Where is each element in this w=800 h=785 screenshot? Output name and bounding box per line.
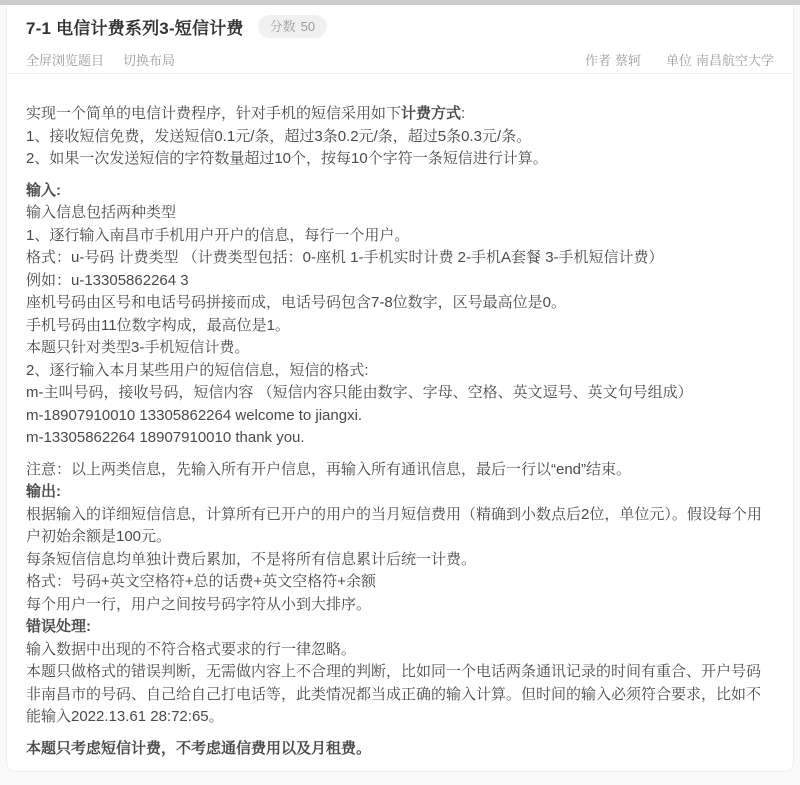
text-segment: 注意：以上两类信息，先输入所有开户信息，再输入所有通讯信息，最后一行以“end”…	[26, 461, 631, 478]
problem-card: 7-1 电信计费系列3-短信计费 分数50 全屏浏览题目 切换布局 作者蔡轲 单…	[6, 5, 794, 772]
text-line: 手机号码由11位数字构成，最高位是1。	[26, 315, 774, 338]
text-line: 格式：号码+英文空格符+总的话费+英文空格符+余额	[26, 571, 774, 594]
text-line: 输入:	[26, 180, 774, 203]
author-meta: 作者蔡轲	[585, 50, 641, 69]
text-segment: 输入信息包括两种类型	[26, 204, 176, 221]
text-line: 格式：u-号码 计费类型 （计费类型包括：0-座机 1-手机实时计费 2-手机A…	[26, 247, 774, 270]
text-line: 错误处理:	[26, 616, 774, 639]
text-line: 1、接收短信免费，发送短信0.1元/条，超过3条0.2元/条，超过5条0.3元/…	[26, 126, 774, 149]
problem-title: 7-1 电信计费系列3-短信计费	[26, 14, 244, 39]
text-segment: 手机号码由11位数字构成，最高位是1。	[26, 317, 290, 334]
text-line: 根据输入的详细短信信息，计算所有已开户的用户的当月短信费用（精确到小数点后2位，…	[26, 504, 774, 549]
problem-header: 7-1 电信计费系列3-短信计费 分数50 全屏浏览题目 切换布局 作者蔡轲 单…	[7, 5, 793, 73]
text-segment: 实现一个简单的电信计费程序，针对手机的短信采用如下	[26, 105, 401, 122]
text-line: 输出:	[26, 481, 774, 504]
bold-text-segment: 计费方式	[401, 105, 461, 122]
text-segment: 1、接收短信免费，发送短信0.1元/条，超过3条0.2元/条，超过5条0.3元/…	[26, 128, 531, 145]
text-line: 每个用户一行，用户之间按号码字符从小到大排序。	[26, 594, 774, 617]
title-row: 7-1 电信计费系列3-短信计费 分数50	[26, 13, 774, 39]
text-segment: 输入数据中出现的不符合格式要求的行一律忽略。	[26, 641, 356, 658]
text-line: m-主叫号码，接收号码，短信内容 （短信内容只能由数字、字母、空格、英文逗号、英…	[26, 382, 774, 405]
text-line: m-13305862264 18907910010 thank you.	[26, 427, 774, 450]
toolbar-left: 全屏浏览题目 切换布局	[26, 50, 175, 69]
text-segment: 每条短信信息均单独计费后累加，不是将所有信息累计后统一计费。	[26, 551, 476, 568]
paragraph: 本题只考虑短信计费，不考虑通信费用以及月租费。	[26, 738, 774, 761]
text-line: 注意：以上两类信息，先输入所有开户信息，再输入所有通讯信息，最后一行以“end”…	[26, 459, 774, 482]
text-segment: m-主叫号码，接收号码，短信内容 （短信内容只能由数字、字母、空格、英文逗号、英…	[26, 384, 693, 401]
author-name: 蔡轲	[615, 53, 641, 68]
text-line: 2、逐行输入本月某些用户的短信信息，短信的格式:	[26, 360, 774, 383]
problem-body: 实现一个简单的电信计费程序，针对手机的短信采用如下计费方式:1、接收短信免费，发…	[7, 74, 793, 772]
text-segment: 2、逐行输入本月某些用户的短信信息，短信的格式:	[26, 362, 369, 379]
org-label: 单位	[666, 53, 692, 68]
fullscreen-view-link[interactable]: 全屏浏览题目	[26, 50, 104, 69]
text-segment: 每个用户一行，用户之间按号码字符从小到大排序。	[26, 596, 371, 613]
text-line: 本题只针对类型3-手机短信计费。	[26, 337, 774, 360]
text-segment: m-18907910010 13305862264 welcome to jia…	[26, 407, 362, 424]
toolbar-right: 作者蔡轲 单位南昌航空大学	[585, 50, 774, 69]
text-line: 输入信息包括两种类型	[26, 202, 774, 225]
text-line: m-18907910010 13305862264 welcome to jia…	[26, 405, 774, 428]
org-name: 南昌航空大学	[696, 53, 774, 68]
text-line: 1、逐行输入南昌市手机用户开户的信息，每行一个用户。	[26, 225, 774, 248]
text-line: 例如：u-13305862264 3	[26, 270, 774, 293]
text-line: 实现一个简单的电信计费程序，针对手机的短信采用如下计费方式:	[26, 103, 774, 126]
text-segment: 2、如果一次发送短信的字符数量超过10个，按每10个字符一条短信进行计算。	[26, 150, 548, 167]
text-line: 座机号码由区号和电话号码拼接而成，电话号码包含7-8位数字，区号最高位是0。	[26, 292, 774, 315]
text-segment: 根据输入的详细短信信息，计算所有已开户的用户的当月短信费用（精确到小数点后2位，…	[26, 506, 762, 546]
score-badge: 分数50	[258, 15, 327, 38]
text-segment: 本题只做格式的错误判断，无需做内容上不合理的判断，比如同一个电话两条通讯记录的时…	[26, 663, 761, 725]
bold-text-segment: 输出:	[26, 483, 61, 500]
text-segment: 座机号码由区号和电话号码拼接而成，电话号码包含7-8位数字，区号最高位是0。	[26, 294, 566, 311]
paragraph: 实现一个简单的电信计费程序，针对手机的短信采用如下计费方式:1、接收短信免费，发…	[26, 103, 774, 171]
author-label: 作者	[585, 53, 611, 68]
text-segment: 本题只针对类型3-手机短信计费。	[26, 339, 249, 356]
score-value: 50	[301, 20, 315, 33]
score-label: 分数	[270, 20, 296, 33]
paragraph: 注意：以上两类信息，先输入所有开户信息，再输入所有通讯信息，最后一行以“end”…	[26, 459, 774, 729]
paragraph: 输入:输入信息包括两种类型1、逐行输入南昌市手机用户开户的信息，每行一个用户。格…	[26, 180, 774, 450]
text-line: 本题只做格式的错误判断，无需做内容上不合理的判断，比如同一个电话两条通讯记录的时…	[26, 661, 774, 729]
bold-text-segment: 本题只考虑短信计费，不考虑通信费用以及月租费。	[26, 740, 371, 757]
text-segment: 格式：u-号码 计费类型 （计费类型包括：0-座机 1-手机实时计费 2-手机A…	[26, 249, 664, 266]
toolbar: 全屏浏览题目 切换布局 作者蔡轲 单位南昌航空大学	[26, 55, 774, 73]
text-segment: :	[461, 105, 465, 122]
text-segment: 1、逐行输入南昌市手机用户开户的信息，每行一个用户。	[26, 227, 409, 244]
bold-text-segment: 错误处理:	[26, 618, 91, 635]
text-segment: 格式：号码+英文空格符+总的话费+英文空格符+余额	[26, 573, 376, 590]
text-segment: 例如：u-13305862264 3	[26, 272, 189, 289]
text-line: 本题只考虑短信计费，不考虑通信费用以及月租费。	[26, 738, 774, 761]
text-segment: m-13305862264 18907910010 thank you.	[26, 429, 305, 446]
text-line: 输入数据中出现的不符合格式要求的行一律忽略。	[26, 639, 774, 662]
bold-text-segment: 输入:	[26, 182, 61, 199]
text-line: 2、如果一次发送短信的字符数量超过10个，按每10个字符一条短信进行计算。	[26, 148, 774, 171]
switch-layout-link[interactable]: 切换布局	[123, 50, 175, 69]
text-line: 每条短信信息均单独计费后累加，不是将所有信息累计后统一计费。	[26, 549, 774, 572]
org-meta: 单位南昌航空大学	[666, 50, 774, 69]
